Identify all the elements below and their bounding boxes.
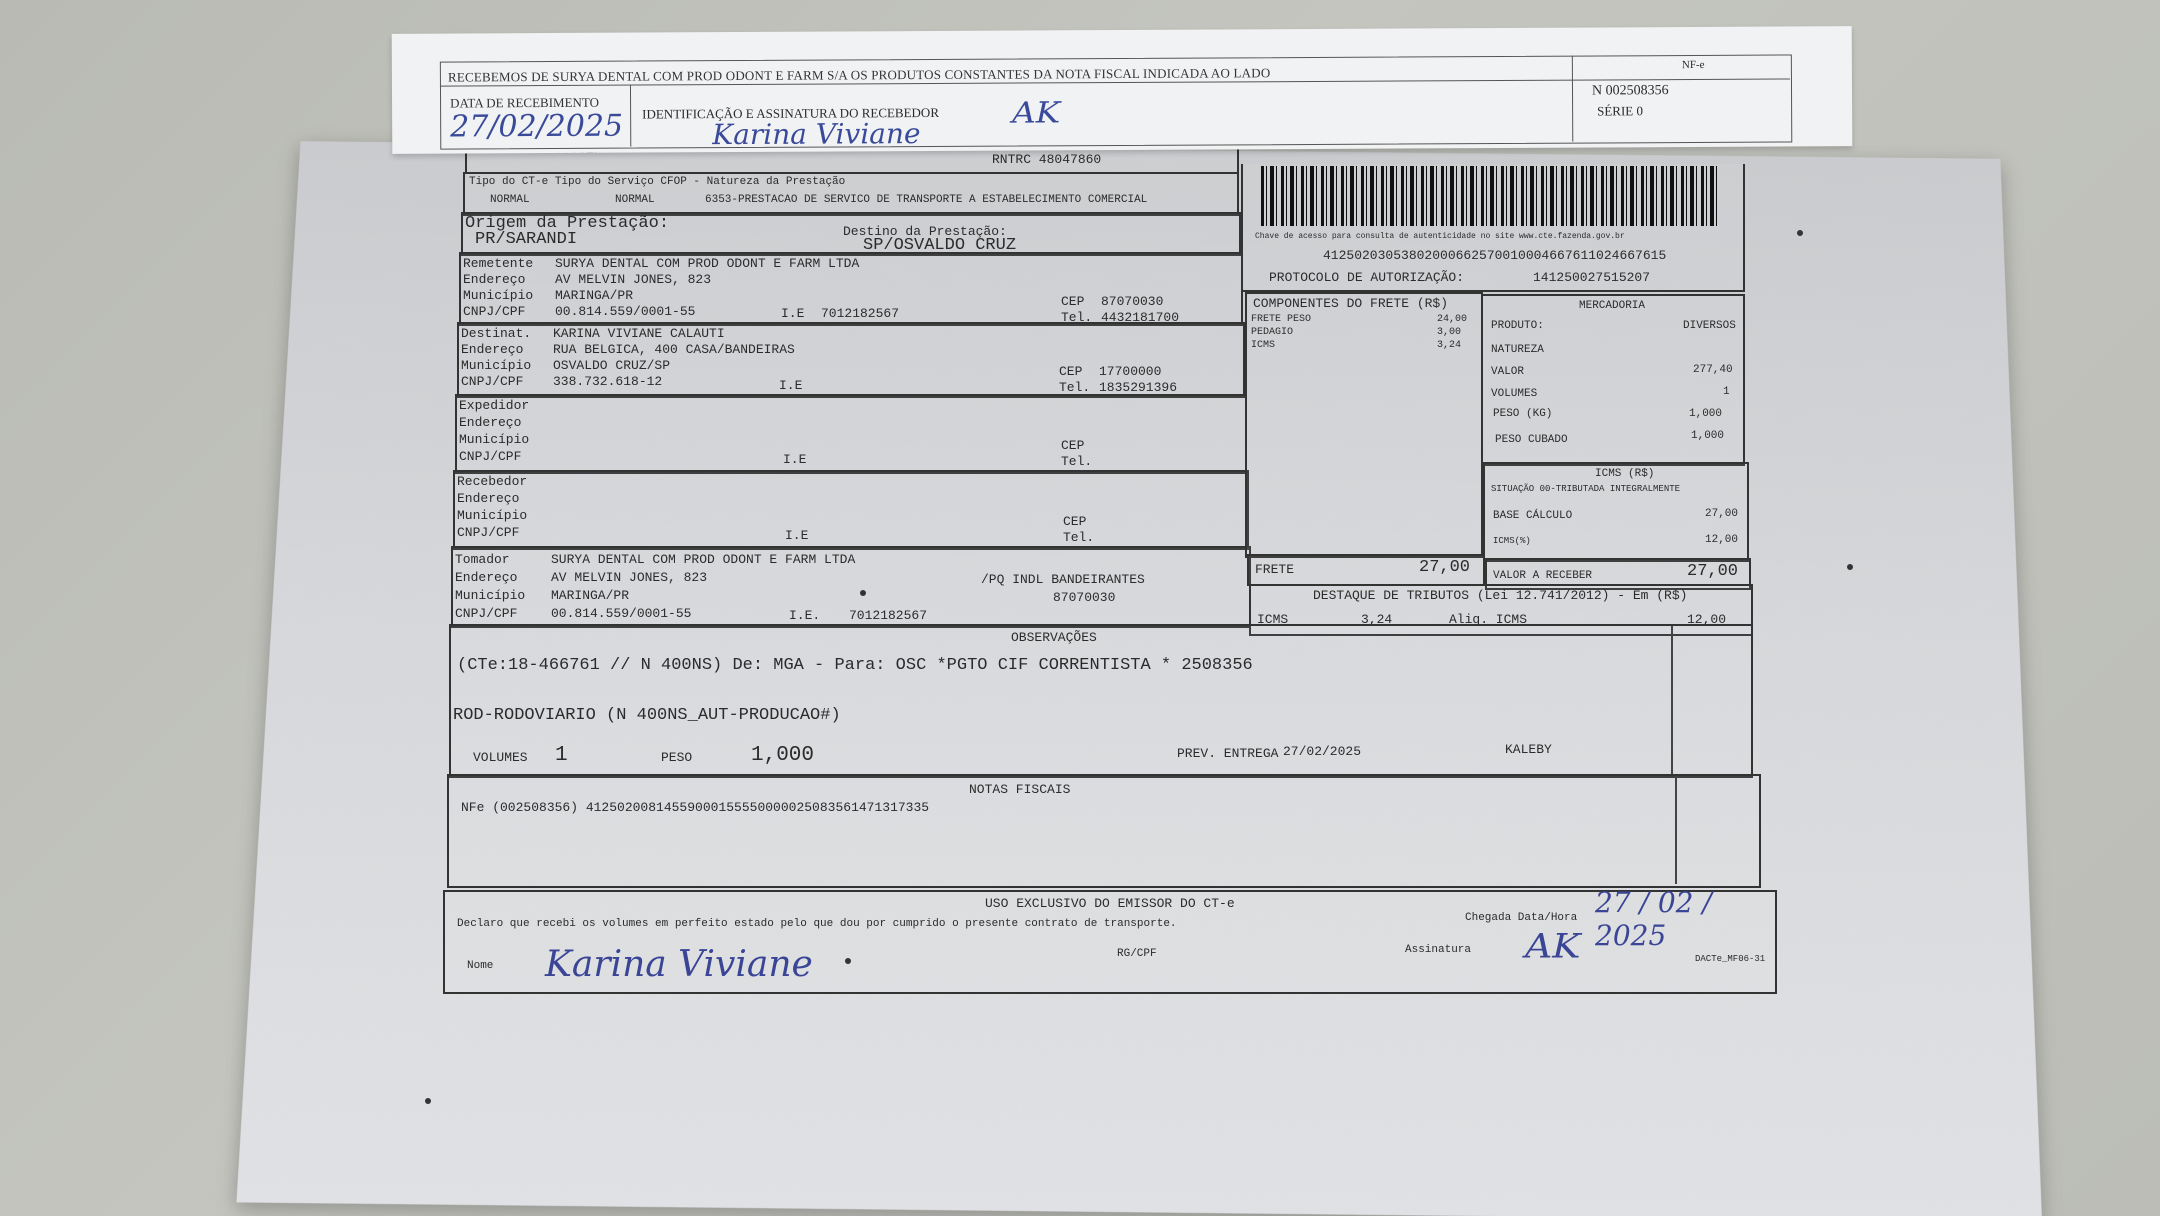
print-speck: [860, 590, 866, 596]
icms-section: ICMS (R$) SITUAÇÃO 00-TRIBUTADA INTEGRAL…: [1483, 462, 1749, 562]
payer-address: AV MELVIN JONES, 823: [551, 570, 707, 585]
name-label: Nome: [467, 960, 493, 972]
receiver-address-label: Endereço: [457, 491, 519, 506]
payer-doc: 00.814.559/0001-55: [551, 606, 691, 621]
payer-doc-label: CNPJ/CPF: [455, 606, 517, 621]
icms-rate-label: ICMS(%): [1493, 536, 1531, 546]
issuer-use-section: USO EXCLUSIVO DO EMISSOR DO CT-e Declaro…: [443, 890, 1777, 994]
shipper-city-label: Município: [459, 432, 529, 447]
shipper-label: Expedidor: [459, 398, 529, 413]
payer-label: Tomador: [455, 552, 510, 567]
print-speck: [1797, 230, 1803, 236]
recipient-tel: 1835291396: [1099, 380, 1177, 395]
sender-doc: 00.814.559/0001-55: [555, 304, 695, 319]
merch-weight: 1,000: [1689, 408, 1722, 420]
freight-total-row: FRETE 27,00: [1247, 554, 1485, 586]
stub-nf-series: SÉRIE 0: [1597, 103, 1643, 119]
cte-type: NORMAL: [490, 194, 530, 206]
payer-cep: 87070030: [1053, 590, 1115, 605]
payer-address-label: Endereço: [455, 570, 517, 585]
freight-item-label: ICMS: [1251, 340, 1275, 351]
merch-product-label: PRODUTO:: [1491, 320, 1544, 332]
sender-city-label: Município: [463, 288, 533, 303]
rntrc: RNTRC 48047860: [992, 152, 1101, 167]
receiver-section: Recebedor Endereço Município CNPJ/CPF I.…: [453, 470, 1249, 550]
freight-components: COMPONENTES DO FRETE (R$) FRETE PESO24,0…: [1245, 292, 1483, 558]
name-handwritten: Karina Viviane: [545, 944, 813, 985]
dacte-document: CNPJ:03.053.602/ RNTRC 48047860 Tipo do …: [455, 150, 1875, 1030]
invoices-divider: [1675, 776, 1677, 884]
receiver-label: Recebedor: [457, 474, 527, 489]
origin-value: PR/SARANDI: [475, 230, 577, 249]
payer-name: SURYA DENTAL COM PROD ODONT E FARM LTDA: [551, 552, 855, 567]
recipient-name: KARINA VIVIANE CALAUTI: [553, 326, 725, 341]
merch-value-label: VALOR: [1491, 366, 1524, 378]
freight-item-label: PEDAGIO: [1251, 327, 1293, 338]
payer-ie-label: I.E.: [789, 608, 820, 623]
sender-cep-label: CEP: [1061, 294, 1084, 309]
declaration-text: Declaro que recebi os volumes em perfeit…: [457, 918, 1177, 930]
payer-district: /PQ INDL BANDEIRANTES: [981, 572, 1145, 587]
signature-mark: ᴬᴷ: [1525, 922, 1581, 992]
recipient-tel-label: Tel.: [1059, 380, 1090, 395]
stub-nf-label: NF-e: [1682, 59, 1705, 71]
icms-base-label: BASE CÁLCULO: [1493, 510, 1572, 522]
obs-line1: (CTe:18-466761 // N 400NS) De: MGA - Par…: [457, 656, 1253, 675]
recipient-doc-label: CNPJ/CPF: [461, 374, 523, 389]
freight-total: 27,00: [1419, 558, 1470, 577]
recipient-ie-label: I.E: [779, 378, 802, 393]
print-speck: [425, 1098, 431, 1104]
sender-address: AV MELVIN JONES, 823: [555, 272, 711, 287]
protocol-label: PROTOCOLO DE AUTORIZAÇÃO:: [1269, 270, 1464, 285]
receivable-label: VALOR A RECEBER: [1493, 570, 1592, 582]
stub-signature: ᴬᴷ: [1012, 92, 1060, 152]
sender-section: Remetente SURYA DENTAL COM PROD ODONT E …: [459, 252, 1243, 326]
print-speck: [845, 958, 851, 964]
sender-label: Remetente: [463, 256, 533, 271]
merch-nature-label: NATUREZA: [1491, 344, 1544, 356]
taxes-title: DESTAQUE DE TRIBUTOS (Lei 12.741/2012) -…: [1313, 588, 1687, 603]
obs-operator: KALEBY: [1505, 742, 1552, 757]
freight-item-value: 3,00: [1437, 327, 1461, 338]
access-caption: Chave de acesso para consulta de autenti…: [1255, 232, 1625, 241]
recipient-address: RUA BELGICA, 400 CASA/BANDEIRAS: [553, 342, 795, 357]
access-key-section: Chave de acesso para consulta de autenti…: [1241, 164, 1745, 292]
obs-line2: ROD-RODOVIARIO (N 400NS_AUT-PRODUCAO#): [453, 706, 841, 725]
route-row: Origem da Prestação: PR/SARANDI Destino …: [461, 212, 1241, 256]
access-key: 4125020305380200066257001000466761102466…: [1323, 248, 1666, 263]
form-code: DACTe_MF06-31: [1695, 954, 1765, 964]
receipt-stub: RECEBEMOS DE SURYA DENTAL COM PROD ODONT…: [392, 26, 1853, 154]
icms-rate: 12,00: [1705, 534, 1738, 546]
sender-ie-label: I.E: [781, 306, 804, 321]
observations-section: OBSERVAÇÕES (CTe:18-466761 // N 400NS) D…: [449, 624, 1753, 778]
sender-cep: 87070030: [1101, 294, 1163, 309]
sender-address-label: Endereço: [463, 272, 525, 287]
receivable-value: 27,00: [1687, 562, 1738, 581]
icms-base: 27,00: [1705, 508, 1738, 520]
merch-product: DIVERSOS: [1683, 320, 1736, 332]
obs-delivery: 27/02/2025: [1283, 744, 1361, 759]
receiver-tel-label: Tel.: [1063, 530, 1094, 545]
obs-title: OBSERVAÇÕES: [1011, 630, 1097, 645]
merch-weight-label: PESO (KG): [1493, 408, 1552, 420]
sender-city: MARINGA/PR: [555, 288, 633, 303]
stub-date-handwritten: 27/02/2025: [450, 109, 623, 145]
payer-section: Tomador SURYA DENTAL COM PROD ODONT E FA…: [451, 546, 1251, 628]
icms-situation: SITUAÇÃO 00-TRIBUTADA INTEGRALMENTE: [1491, 484, 1680, 494]
freight-item-value: 24,00: [1437, 314, 1467, 325]
recipient-cep-label: CEP: [1059, 364, 1082, 379]
merch-volumes: 1: [1723, 386, 1730, 398]
shipper-cep-label: CEP: [1061, 438, 1084, 453]
sender-doc-label: CNPJ/CPF: [463, 304, 525, 319]
recipient-city-label: Município: [461, 358, 531, 373]
merch-cubed: 1,000: [1691, 430, 1724, 442]
shipper-doc-label: CNPJ/CPF: [459, 449, 521, 464]
cte-type-labels: Tipo do CT-e Tipo do Serviço CFOP - Natu…: [469, 176, 845, 188]
merch-title: MERCADORIA: [1579, 300, 1645, 312]
invoices-section: NOTAS FISCAIS NFe (002508356) 4125020081…: [447, 774, 1761, 888]
shipper-section: Expedidor Endereço Município CNPJ/CPF I.…: [455, 394, 1247, 474]
merch-cubed-label: PESO CUBADO: [1495, 434, 1568, 446]
payer-city: MARINGA/PR: [551, 588, 629, 603]
receiver-city-label: Município: [457, 508, 527, 523]
obs-volumes: 1: [555, 744, 568, 767]
obs-weight-label: PESO: [661, 750, 692, 765]
stub-nf-number: N 002508356: [1592, 83, 1669, 99]
sender-name: SURYA DENTAL COM PROD ODONT E FARM LTDA: [555, 256, 859, 271]
merch-value: 277,40: [1693, 364, 1733, 376]
freight-total-label: FRETE: [1255, 562, 1294, 577]
recipient-address-label: Endereço: [461, 342, 523, 357]
service-type: NORMAL: [615, 194, 655, 206]
signature-label: Assinatura: [1405, 944, 1471, 956]
payer-ie: 7012182567: [849, 608, 927, 623]
cte-type-row: Tipo do CT-e Tipo do Serviço CFOP - Natu…: [463, 172, 1239, 216]
recipient-label: Destinat.: [461, 326, 531, 341]
stub-receiver-handwritten: Karina Viviane: [712, 117, 921, 151]
receiver-doc-label: CNPJ/CPF: [457, 525, 519, 540]
obs-delivery-label: PREV. ENTREGA: [1177, 746, 1278, 761]
obs-divider: [1671, 626, 1673, 774]
invoice-line: NFe (002508356) 412502008145590001555500…: [461, 800, 929, 815]
shipper-tel-label: Tel.: [1061, 454, 1092, 469]
freight-item-label: FRETE PESO: [1251, 314, 1311, 325]
merch-volumes-label: VOLUMES: [1491, 388, 1537, 400]
merchandise-section: MERCADORIA PRODUTO: DIVERSOS NATUREZA VA…: [1481, 294, 1745, 466]
recipient-cep: 17700000: [1099, 364, 1161, 379]
obs-volumes-label: VOLUMES: [473, 750, 528, 765]
receiver-cep-label: CEP: [1063, 514, 1086, 529]
freight-item-value: 3,24: [1437, 340, 1461, 351]
obs-weight: 1,000: [751, 744, 814, 767]
recipient-doc: 338.732.618-12: [553, 374, 662, 389]
print-speck: [1847, 564, 1853, 570]
cfop: 6353-PRESTACAO DE SERVICO DE TRANSPORTE …: [705, 194, 1147, 206]
payer-city-label: Município: [455, 588, 525, 603]
shipper-ie-label: I.E: [783, 452, 806, 467]
receiver-ie-label: I.E: [785, 528, 808, 543]
recipient-city: OSVALDO CRUZ/SP: [553, 358, 670, 373]
arrival-handwritten: 27 / 02 / 2025: [1595, 886, 1775, 952]
invoices-title: NOTAS FISCAIS: [969, 782, 1070, 797]
protocol-number: 141250027515207: [1533, 270, 1650, 285]
icms-title: ICMS (R$): [1595, 468, 1654, 480]
rg-label: RG/CPF: [1117, 948, 1157, 960]
sender-ie: 7012182567: [821, 306, 899, 321]
recipient-section: Destinat. KARINA VIVIANE CALAUTI Endereç…: [457, 322, 1245, 398]
issuer-use-title: USO EXCLUSIVO DO EMISSOR DO CT-e: [985, 896, 1235, 911]
barcode: [1261, 166, 1721, 226]
freight-title: COMPONENTES DO FRETE (R$): [1253, 296, 1448, 311]
shipper-address-label: Endereço: [459, 415, 521, 430]
